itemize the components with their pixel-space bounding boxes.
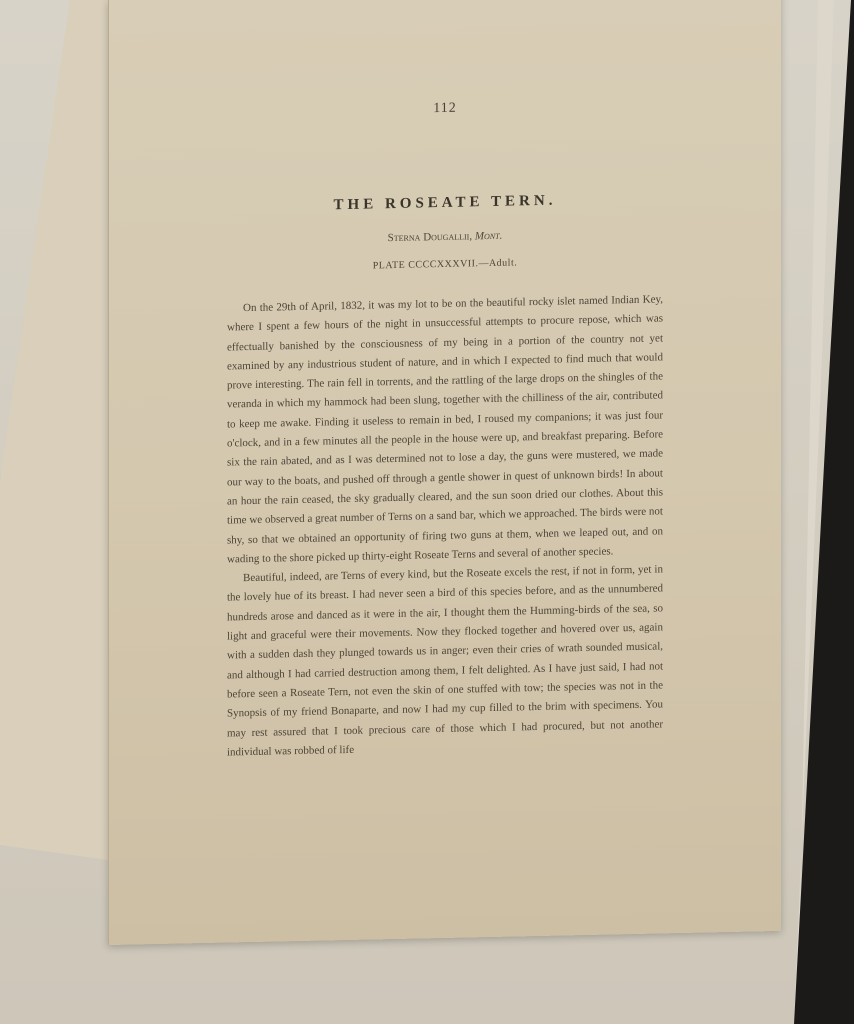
species-binomial: Sterna Dougallii, <box>388 230 472 244</box>
book-page: 112 THE ROSEATE TERN. Sterna Dougallii, … <box>108 0 781 945</box>
body-text: On the 29th of April, 1832, it was my lo… <box>227 290 663 762</box>
species-name: Sterna Dougallii, Mont. <box>109 224 781 250</box>
plate-label: PLATE CCCCXXXVII.—Adult. <box>109 252 781 277</box>
species-author: Mont. <box>475 230 502 243</box>
paragraph: Beautiful, indeed, are Terns of every ki… <box>227 561 663 763</box>
page-title: THE ROSEATE TERN. <box>109 188 781 219</box>
page-number: 112 <box>109 94 781 124</box>
paragraph: On the 29th of April, 1832, it was my lo… <box>227 290 663 569</box>
